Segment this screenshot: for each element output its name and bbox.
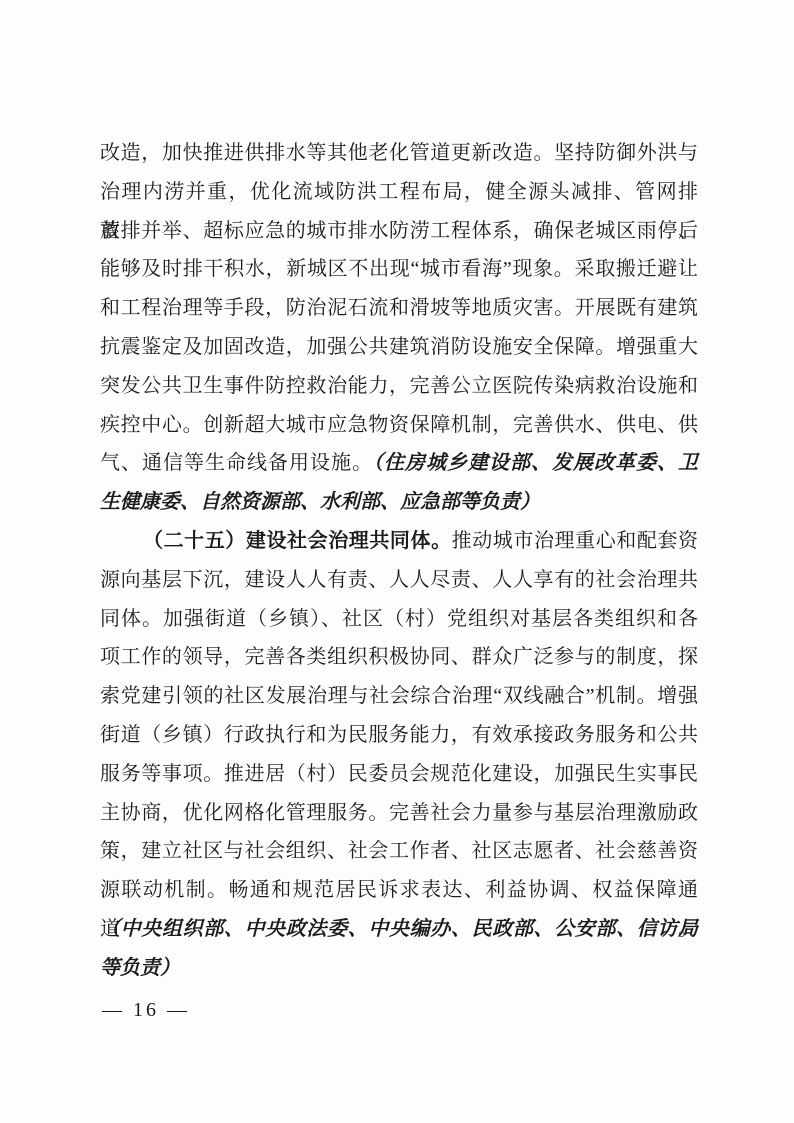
text-line: 和工程治理等手段，防治泥石流和滑坡等地质灾害。开展既有建筑: [100, 289, 698, 328]
text-line: 等负责）: [100, 949, 698, 988]
text-line: 蓄排并举、超标应急的城市排水防涝工程体系，确保老城区雨停后: [100, 212, 698, 251]
body-text: 服务等事项。推进居（村）民委员会规范化建设，加强民生实事民: [100, 763, 698, 785]
text-line: 街道（乡镇）行政执行和为民服务能力，有效承接政务服务和公共: [100, 716, 698, 755]
text-line: 服务等事项。推进居（村）民委员会规范化建设，加强民生实事民: [100, 755, 698, 794]
text-line: 主协商，优化网格化管理服务。完善社会力量参与基层治理激励政: [100, 794, 698, 833]
text-line: 源向基层下沉，建设人人有责、人人尽责、人人享有的社会治理共: [100, 561, 698, 600]
section-heading: （二十五）建设社会治理共同体。: [143, 530, 452, 552]
text-line: 能够及时排干积水，新城区不出现“城市看海”现象。采取搬迁避让: [100, 250, 698, 289]
body-text: 索党建引领的社区发展治理与社会综合治理“双线融合”机制。增强: [100, 685, 698, 707]
body-text: 推动城市治理重心和配套资: [452, 530, 698, 552]
responsible-departments-text: （中央组织部、中央政法委、中央编办、民政部、公安部、信访局: [100, 918, 698, 940]
text-line: （中央组织部、中央政法委、中央编办、民政部、公安部、信访局: [100, 910, 698, 949]
text-line: 疾控中心。创新超大城市应急物资保障机制，完善供水、供电、供: [100, 406, 698, 445]
page-number: — 16 —: [102, 995, 190, 1025]
text-line: 突发公共卫生事件防控救治能力，完善公立医院传染病救治设施和: [100, 367, 698, 406]
body-text: 同体。加强街道（乡镇）、社区（村）党组织对基层各类组织和各: [100, 608, 698, 630]
responsible-departments-text: 生健康委、自然资源部、水利部、应急部等负责）: [100, 491, 540, 513]
text-line: 源联动机制。畅通和规范居民诉求表达、利益协调、权益保障通道。: [100, 871, 698, 910]
body-text: 气、通信等生命线备用设施。: [100, 452, 373, 474]
body-text: 策，建立社区与社会组织、社会工作者、社区志愿者、社会慈善资: [100, 840, 698, 862]
text-line: 策，建立社区与社会组织、社会工作者、社区志愿者、社会慈善资: [100, 832, 698, 871]
body-text: 街道（乡镇）行政执行和为民服务能力，有效承接政务服务和公共: [100, 724, 698, 746]
body-text: 抗震鉴定及加固改造，加强公共建筑消防设施安全保障。增强重大: [100, 336, 698, 358]
body-text: 项工作的领导，完善各类组织积极协同、群众广泛参与的制度，探: [100, 646, 698, 668]
text-line: 生健康委、自然资源部、水利部、应急部等负责）: [100, 483, 698, 522]
body-text: 和工程治理等手段，防治泥石流和滑坡等地质灾害。开展既有建筑: [100, 297, 698, 319]
text-line: 项工作的领导，完善各类组织积极协同、群众广泛参与的制度，探: [100, 638, 698, 677]
body-text: 主协商，优化网格化管理服务。完善社会力量参与基层治理激励政: [100, 802, 698, 824]
body-text-block: 改造，加快推进供排水等其他老化管道更新改造。坚持防御外洪与 治理内涝并重，优化流…: [100, 134, 698, 988]
text-line: 治理内涝并重，优化流域防洪工程布局，健全源头减排、管网排放、: [100, 173, 698, 212]
body-text: 突发公共卫生事件防控救治能力，完善公立医院传染病救治设施和: [100, 375, 698, 397]
body-text: 改造，加快推进供排水等其他老化管道更新改造。坚持防御外洪与: [100, 142, 698, 164]
text-line: （二十五）建设社会治理共同体。推动城市治理重心和配套资: [100, 522, 698, 561]
text-line: 抗震鉴定及加固改造，加强公共建筑消防设施安全保障。增强重大: [100, 328, 698, 367]
text-line: 改造，加快推进供排水等其他老化管道更新改造。坚持防御外洪与: [100, 134, 698, 173]
body-text: 能够及时排干积水，新城区不出现“城市看海”现象。采取搬迁避让: [100, 258, 698, 280]
text-line: 同体。加强街道（乡镇）、社区（村）党组织对基层各类组织和各: [100, 600, 698, 639]
document-page: 改造，加快推进供排水等其他老化管道更新改造。坚持防御外洪与 治理内涝并重，优化流…: [0, 0, 794, 1123]
text-line: 索党建引领的社区发展治理与社会综合治理“双线融合”机制。增强: [100, 677, 698, 716]
text-line: 气、通信等生命线备用设施。（住房城乡建设部、发展改革委、卫: [100, 444, 698, 483]
body-text: 疾控中心。创新超大城市应急物资保障机制，完善供水、供电、供: [100, 414, 698, 436]
body-text: 源向基层下沉，建设人人有责、人人尽责、人人享有的社会治理共: [100, 569, 698, 591]
responsible-departments-text: 等负责）: [100, 957, 180, 979]
responsible-departments-text: （住房城乡建设部、发展改革委、卫: [373, 452, 698, 474]
body-text: 蓄排并举、超标应急的城市排水防涝工程体系，确保老城区雨停后: [100, 220, 698, 242]
